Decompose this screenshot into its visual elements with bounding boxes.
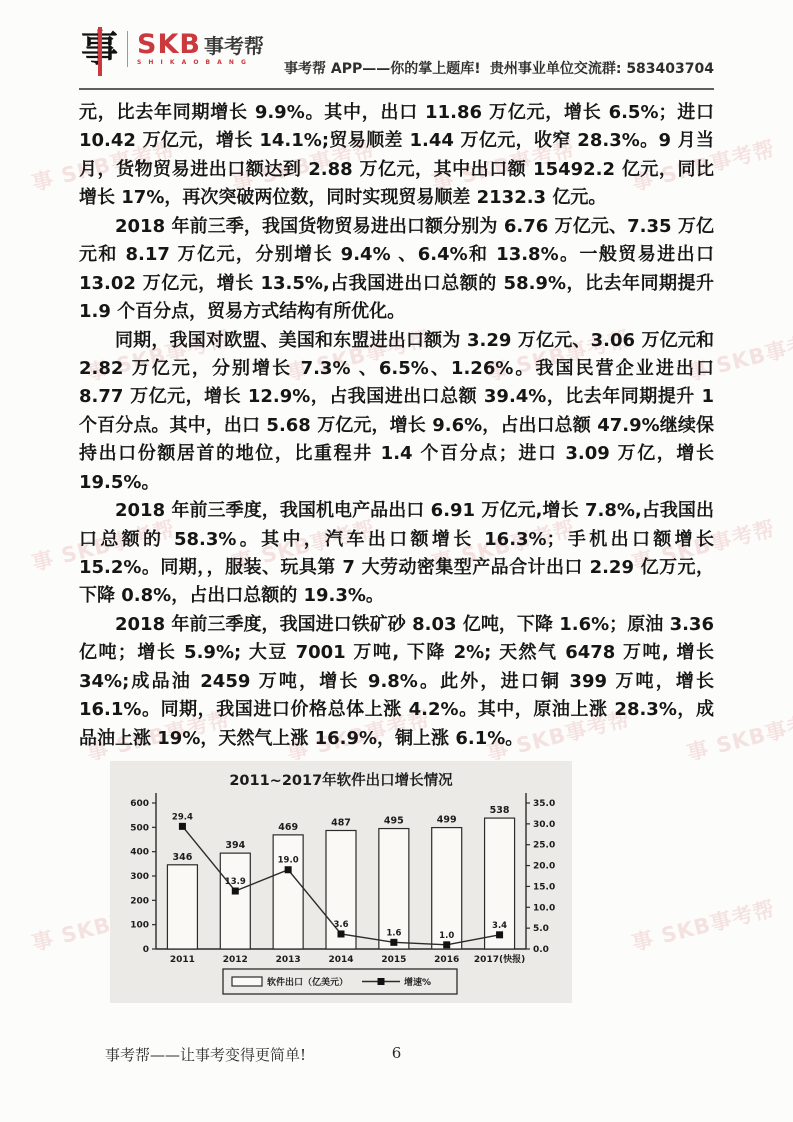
line-marker — [179, 823, 186, 830]
x-tick-label: 2014 — [328, 955, 353, 965]
line-value-label: 1.6 — [386, 928, 401, 938]
page-header: 事 SKB 事考帮 S H I K A O B A N G 事考帮 APP——你… — [79, 0, 714, 90]
footer-slogan: 事考帮——让事考变得更简单! — [105, 1046, 306, 1064]
svg-text:35.0: 35.0 — [533, 799, 555, 809]
paragraph: 元，比去年同期增长 9.9%。其中，出口 11.86 万亿元，增长 6.5%；进… — [79, 99, 714, 213]
x-tick-label: 2016 — [434, 955, 459, 965]
line-value-label: 29.4 — [172, 812, 193, 822]
page-footer: 事考帮——让事考变得更简单! 6 — [79, 1044, 714, 1065]
line-value-label: 19.0 — [278, 856, 299, 866]
bar-value-label: 499 — [437, 815, 457, 826]
svg-text:600: 600 — [130, 799, 149, 809]
svg-text:200: 200 — [130, 896, 149, 906]
svg-text:5.0: 5.0 — [533, 924, 549, 934]
header-group-info: 贵州事业单位交流群: 583403704 — [490, 58, 714, 78]
svg-text:500: 500 — [130, 823, 149, 833]
svg-text:20.0: 20.0 — [533, 862, 555, 872]
x-tick-label: 2015 — [381, 955, 406, 965]
bar — [273, 835, 303, 949]
legend-bar-label: 软件出口（亿美元） — [267, 976, 348, 988]
paragraph: 2018 年前三季度，我国进口铁矿砂 8.03 亿吨，下降 1.6%；原油 3.… — [79, 611, 714, 753]
svg-text:0.0: 0.0 — [533, 945, 549, 955]
line-marker — [496, 931, 503, 938]
line-value-label: 3.4 — [492, 921, 507, 931]
bar — [220, 853, 250, 949]
line-marker — [285, 866, 292, 873]
x-tick-label: 2017(快报) — [474, 953, 525, 965]
line-value-label: 1.0 — [439, 931, 454, 941]
legend-line-label: 增速% — [404, 976, 431, 988]
logo-red-stroke — [98, 27, 102, 76]
line-marker — [443, 941, 450, 948]
svg-text:15.0: 15.0 — [533, 882, 555, 892]
svg-text:0: 0 — [143, 945, 149, 955]
paragraph: 2018 年前三季度，我国机电产品出口 6.91 万亿元,增长 7.8%,占我国… — [79, 497, 714, 611]
chart-canvas: 2011~2017年软件出口增长情况600500400300200100035.… — [110, 761, 572, 1003]
legend-marker-icon — [378, 978, 385, 985]
line-marker — [390, 939, 397, 946]
export-growth-chart: 2011~2017年软件出口增长情况600500400300200100035.… — [110, 761, 572, 1003]
svg-text:30.0: 30.0 — [533, 820, 555, 830]
svg-text:10.0: 10.0 — [533, 903, 555, 913]
svg-text:400: 400 — [130, 848, 149, 858]
bar-value-label: 346 — [173, 852, 193, 863]
x-tick-label: 2012 — [223, 955, 248, 965]
svg-text:25.0: 25.0 — [533, 841, 555, 851]
x-tick-label: 2013 — [276, 955, 301, 965]
line-value-label: 3.6 — [333, 920, 348, 930]
svg-text:100: 100 — [130, 921, 149, 931]
line-marker — [232, 888, 239, 895]
paragraph: 2018 年前三季，我国货物贸易进出口额分别为 6.76 万亿元、7.35 万亿… — [79, 213, 714, 327]
bar-value-label: 495 — [384, 816, 404, 827]
skb-logo: 事 SKB 事考帮 S H I K A O B A N G — [79, 30, 264, 67]
logo-brand-cn: 事考帮 — [204, 36, 264, 56]
document-body: 元，比去年同期增长 9.9%。其中，出口 11.86 万亿元，增长 6.5%；进… — [79, 99, 714, 753]
line-value-label: 13.9 — [225, 877, 246, 887]
x-tick-label: 2011 — [170, 955, 195, 965]
bar-value-label: 469 — [278, 822, 298, 833]
logo-brand: SKB — [137, 31, 201, 58]
logo-divider — [127, 31, 128, 67]
logo-subtext: S H I K A O B A N G — [137, 60, 264, 66]
bar-value-label: 487 — [331, 818, 351, 829]
logo-text: SKB 事考帮 S H I K A O B A N G — [137, 31, 264, 66]
line-marker — [338, 931, 345, 938]
legend-bar-swatch-icon — [232, 977, 262, 986]
header-slogan: 事考帮 APP——你的掌上题库! — [284, 58, 481, 78]
bar-value-label: 538 — [490, 805, 510, 816]
document-page: 事 SKB事考帮事 SKB事考帮事 SKB事考帮事 SKB事考帮事 SKB事考帮… — [0, 0, 793, 1122]
paragraph: 同期，我国对欧盟、美国和东盟进出口额为 3.29 万亿元、3.06 万亿元和 2… — [79, 327, 714, 498]
logo-mark-character: 事 — [79, 30, 120, 67]
page-number: 6 — [392, 1044, 402, 1062]
bar — [167, 865, 197, 949]
chart-title: 2011~2017年软件出口增长情况 — [229, 771, 453, 789]
svg-text:300: 300 — [130, 872, 149, 882]
bar-value-label: 394 — [225, 840, 245, 851]
